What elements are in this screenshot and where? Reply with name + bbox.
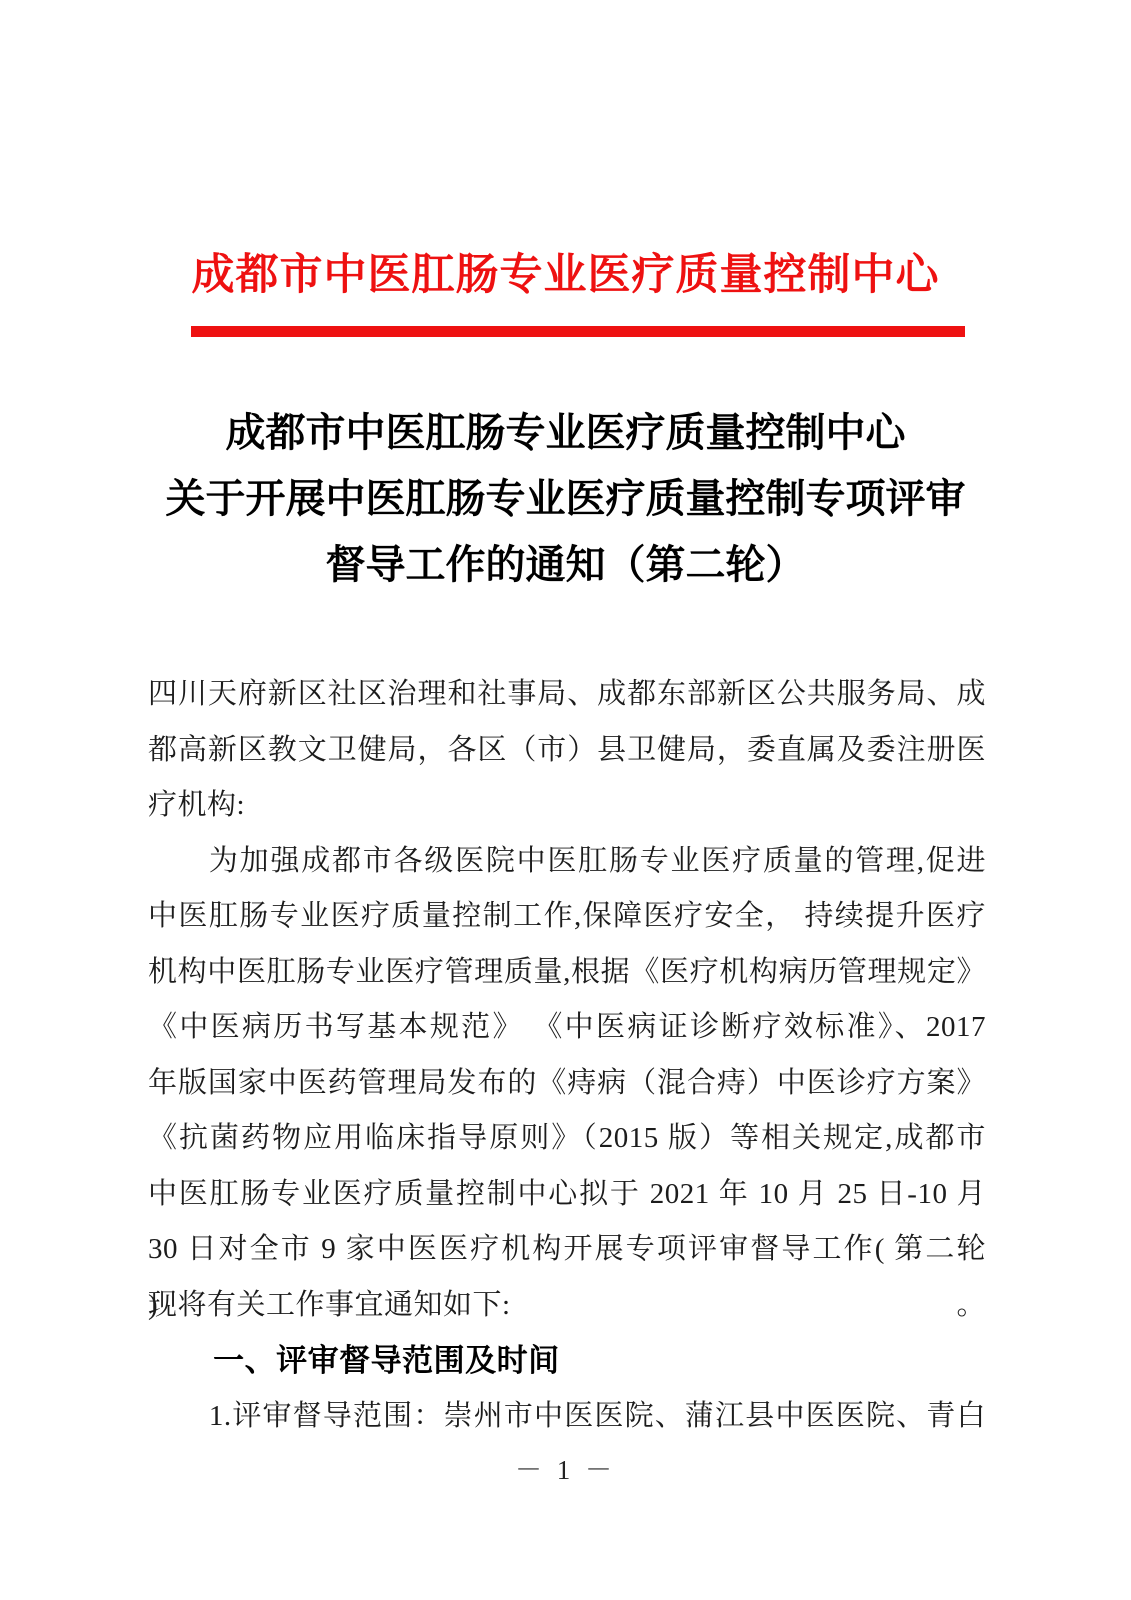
letterhead-rule xyxy=(191,326,965,337)
body-line: 《中医病历书写基本规范》 《中医病证诊断疗效标准》、2017 xyxy=(148,1000,986,1056)
body-line: 30 日对全市 9 家中医医疗机构开展专项评审督导工作( 第二轮 )。 xyxy=(148,1222,986,1278)
body-line: 为加强成都市各级医院中医肛肠专业医疗质量的管理,促进 xyxy=(148,834,986,890)
body-line: 机构中医肛肠专业医疗管理质量,根据《医疗机构病历管理规定》 xyxy=(148,945,986,1001)
body-line: 四川天府新区社区治理和社事局、成都东部新区公共服务局、成 xyxy=(148,667,986,723)
body-line: 《抗菌药物应用临床指导原则》（2015 版）等相关规定,成都市 xyxy=(148,1111,986,1167)
document-page: 成都市中医肛肠专业医疗质量控制中心 成都市中医肛肠专业医疗质量控制中心 关于开展… xyxy=(0,0,1131,1600)
letterhead-title: 成都市中医肛肠专业医疗质量控制中心 xyxy=(0,243,1131,309)
body-line: 中医肛肠专业医疗质量控制工作,保障医疗安全， 持续提升医疗 xyxy=(148,889,986,945)
body-line: 疗机构: xyxy=(148,778,986,834)
body-line: 1.评审督导范围：崇州市中医医院、蒲江县中医医院、青白 xyxy=(148,1389,986,1445)
document-title-line-1: 成都市中医肛肠专业医疗质量控制中心 xyxy=(70,400,1061,466)
body-line: 年版国家中医药管理局发布的《痔病（混合痔）中医诊疗方案》 xyxy=(148,1056,986,1112)
section-heading: 一、评审督导范围及时间 xyxy=(148,1333,986,1389)
document-title-line-2: 关于开展中医肛肠专业医疗质量控制专项评审 xyxy=(70,466,1061,532)
body-text: 四川天府新区社区治理和社事局、成都东部新区公共服务局、成都高新区教文卫健局，各区… xyxy=(148,667,986,1444)
document-title: 成都市中医肛肠专业医疗质量控制中心 关于开展中医肛肠专业医疗质量控制专项评审 督… xyxy=(70,400,1061,598)
body-line: 中医肛肠专业医疗质量控制中心拟于 2021 年 10 月 25 日-10 月 xyxy=(148,1167,986,1223)
document-title-line-3: 督导工作的通知（第二轮） xyxy=(70,532,1061,598)
body-line: 都高新区教文卫健局，各区（市）县卫健局，委直属及委注册医 xyxy=(148,723,986,779)
page-number: － 1 － xyxy=(0,1448,1131,1487)
